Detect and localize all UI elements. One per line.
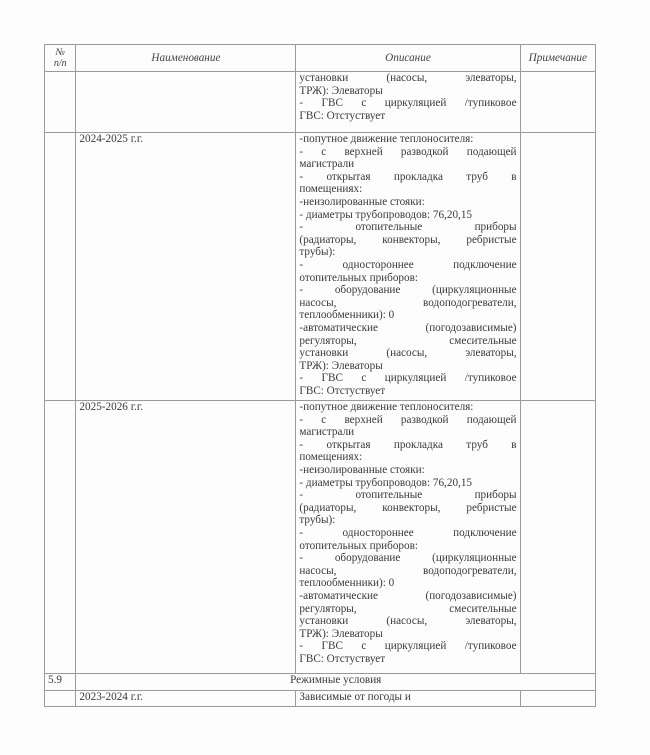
table-row: 2024-2025 г.г. -попутное движение теплон… [45, 133, 596, 401]
description-line: - с верхней разводкой подающей [299, 414, 516, 427]
description-line: -неизолированные стояки: [299, 464, 516, 477]
description-line: - ГВС с циркуляцией /тупиковое [299, 372, 516, 385]
cell-number [45, 401, 76, 674]
cell-description: Зависимые от погоды и [296, 691, 520, 707]
description-line: - с верхней разводкой подающей [299, 146, 516, 159]
description-line: - оборудование (циркуляционные [299, 284, 516, 297]
table-row: установки (насосы, элеваторы,ТРЖ): Элева… [45, 72, 596, 133]
description-line: теплообменники): 0 [299, 309, 516, 322]
cell-description: установки (насосы, элеваторы,ТРЖ): Элева… [296, 72, 520, 133]
description-line: -неизолированные стояки: [299, 196, 516, 209]
cell-note [520, 401, 595, 674]
description-line: отопительных приборов: [299, 540, 516, 553]
description-line: -автоматические (погодозависимые) [299, 590, 516, 603]
description-line: установки (насосы, элеваторы, [299, 72, 516, 85]
description-line: ТРЖ): Элеваторы [299, 360, 516, 373]
cell-note [520, 691, 595, 707]
specification-table: № п/п Наименование Описание Примечание у… [44, 44, 596, 707]
section-row: 5.9 Режимные условия [45, 674, 596, 691]
section-number: 5.9 [45, 674, 76, 691]
description-line: - ГВС с циркуляцией /тупиковое [299, 97, 516, 110]
description-line: -попутное движение теплоносителя: [299, 133, 516, 146]
description-line: - одностороннее подключение [299, 259, 516, 272]
description-line: ГВС: Отстуствует [299, 110, 516, 123]
header-note: Примечание [520, 45, 595, 72]
cell-name: 2024-2025 г.г. [76, 133, 296, 401]
header-number-line2: п/п [48, 58, 72, 69]
description-line: - оборудование (циркуляционные [299, 552, 516, 565]
cell-number [45, 691, 76, 707]
description-line: насосы, водоподогреватели, [299, 565, 516, 578]
cell-description: -попутное движение теплоносителя:- с вер… [296, 133, 520, 401]
table-header-row: № п/п Наименование Описание Примечание [45, 45, 596, 72]
description-line: - одностороннее подключение [299, 527, 516, 540]
description-line: (радиаторы, конвекторы, ребристые [299, 502, 516, 515]
description-line: - открытая прокладка труб в [299, 439, 516, 452]
table-row: 2025-2026 г.г. -попутное движение теплон… [45, 401, 596, 674]
description-line: - открытая прокладка труб в [299, 171, 516, 184]
description-line: отопительных приборов: [299, 272, 516, 285]
document-page: № п/п Наименование Описание Примечание у… [0, 0, 650, 755]
table-row: 2023-2024 г.г. Зависимые от погоды и [45, 691, 596, 707]
cell-name: 2025-2026 г.г. [76, 401, 296, 674]
cell-note [520, 133, 595, 401]
description-line: - отопительные приборы [299, 489, 516, 502]
description-line: - диаметры трубопроводов: 76,20,15 [299, 477, 516, 490]
description-line: регуляторы, смесительные [299, 335, 516, 348]
description-line: регуляторы, смесительные [299, 603, 516, 616]
cell-number [45, 133, 76, 401]
description-line: -автоматические (погодозависимые) [299, 322, 516, 335]
cell-name [76, 72, 296, 133]
description-line: помещениях: [299, 183, 516, 196]
description-line: - отопительные приборы [299, 221, 516, 234]
description-line: (радиаторы, конвекторы, ребристые [299, 234, 516, 247]
description-line: трубы): [299, 514, 516, 527]
description-line: магистрали [299, 158, 516, 171]
description-line: насосы, водоподогреватели, [299, 297, 516, 310]
description-line: ТРЖ): Элеваторы [299, 85, 516, 98]
description-line: теплообменники): 0 [299, 577, 516, 590]
description-line: трубы): [299, 246, 516, 259]
header-name: Наименование [76, 45, 296, 72]
description-line: ГВС: Отстуствует [299, 385, 516, 398]
description-line: установки (насосы, элеваторы, [299, 347, 516, 360]
description-line: - диаметры трубопроводов: 76,20,15 [299, 209, 516, 222]
cell-name: 2023-2024 г.г. [76, 691, 296, 707]
header-number-line1: № [48, 47, 72, 58]
description-line: магистрали [299, 426, 516, 439]
cell-number [45, 72, 76, 133]
description-line: установки (насосы, элеваторы, [299, 615, 516, 628]
description-line: ГВС: Отстуствует [299, 653, 516, 666]
description-line: помещениях: [299, 451, 516, 464]
description-line: - ГВС с циркуляцией /тупиковое [299, 640, 516, 653]
description-line: -попутное движение теплоносителя: [299, 401, 516, 414]
header-description: Описание [296, 45, 520, 72]
cell-note [520, 72, 595, 133]
section-title: Режимные условия [76, 674, 596, 691]
cell-description: -попутное движение теплоносителя:- с вер… [296, 401, 520, 674]
description-line: ТРЖ): Элеваторы [299, 628, 516, 641]
description-line: Зависимые от погоды и [299, 691, 516, 704]
header-number: № п/п [45, 45, 76, 72]
